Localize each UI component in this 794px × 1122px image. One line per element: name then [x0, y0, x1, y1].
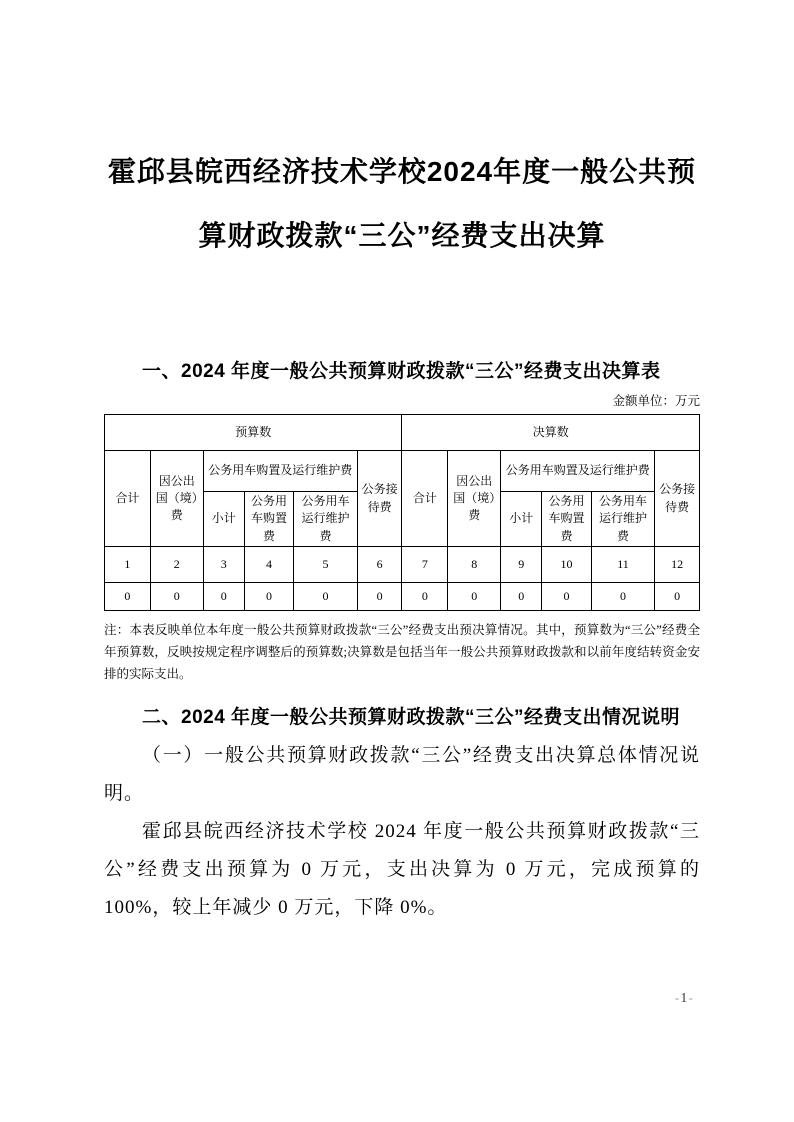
header-final-abroad: 因公出国（境）费 [448, 451, 501, 547]
value-cell: 0 [655, 583, 700, 611]
table-row-column-numbers: 1 2 3 4 5 6 7 8 9 10 11 12 [105, 547, 700, 583]
value-cell: 0 [402, 583, 448, 611]
header-final-purchase: 公务用车购置费 [542, 492, 591, 547]
col-number: 7 [402, 547, 448, 583]
three-public-expense-table: 预算数 决算数 合计 因公出国（境）费 公务用车购置及运行维护费 公务接待费 合… [104, 414, 700, 611]
value-cell: 0 [294, 583, 358, 611]
value-cell: 0 [501, 583, 542, 611]
col-number: 11 [591, 547, 655, 583]
col-number: 1 [105, 547, 151, 583]
header-final-group: 决算数 [402, 415, 700, 451]
col-number: 10 [542, 547, 591, 583]
col-number: 12 [655, 547, 700, 583]
header-budget-group: 预算数 [105, 415, 402, 451]
document-title: 霍邱县皖西经济技术学校2024年度一般公共预 算财政拨款“三公”经费支出决算 [104, 0, 700, 268]
amount-unit-label: 金额单位：万元 [104, 393, 700, 409]
header-budget-total: 合计 [105, 451, 151, 547]
value-cell: 0 [203, 583, 244, 611]
header-budget-purchase: 公务用车购置费 [244, 492, 293, 547]
document-title-line1: 霍邱县皖西经济技术学校2024年度一般公共预 [104, 140, 700, 204]
header-budget-maintenance: 公务用车运行维护费 [294, 492, 358, 547]
header-budget-vehicle-group: 公务用车购置及运行维护费 [203, 451, 357, 492]
col-number: 5 [294, 547, 358, 583]
value-cell: 0 [244, 583, 293, 611]
header-final-vehicle-group: 公务用车购置及运行维护费 [501, 451, 655, 492]
page-number: -1- [675, 990, 694, 1008]
col-number: 6 [357, 547, 402, 583]
col-number: 4 [244, 547, 293, 583]
header-final-total: 合计 [402, 451, 448, 547]
value-cell: 0 [150, 583, 203, 611]
header-budget-reception: 公务接待费 [357, 451, 402, 547]
section2-heading: 二、2024 年度一般公共预算财政拨款“三公”经费支出情况说明 [104, 699, 700, 737]
document-title-line2: 算财政拨款“三公”经费支出决算 [104, 204, 700, 268]
value-cell: 0 [357, 583, 402, 611]
header-budget-subtotal: 小计 [203, 492, 244, 547]
table-row-values: 0 0 0 0 0 0 0 0 0 0 0 0 [105, 583, 700, 611]
col-number: 3 [203, 547, 244, 583]
col-number: 2 [150, 547, 203, 583]
header-final-subtotal: 小计 [501, 492, 542, 547]
table-row-group-headers: 预算数 决算数 [105, 415, 700, 451]
value-cell: 0 [591, 583, 655, 611]
value-cell: 0 [448, 583, 501, 611]
header-final-reception: 公务接待费 [655, 451, 700, 547]
value-cell: 0 [105, 583, 151, 611]
document-page: 霍邱县皖西经济技术学校2024年度一般公共预 算财政拨款“三公”经费支出决算 一… [0, 0, 794, 1122]
col-number: 8 [448, 547, 501, 583]
col-number: 9 [501, 547, 542, 583]
table-row-column-headers: 合计 因公出国（境）费 公务用车购置及运行维护费 公务接待费 合计 因公出国（境… [105, 451, 700, 492]
section2-sub-heading: （一）一般公共预算财政拨款“三公”经费支出决算总体情况说明。 [104, 737, 700, 813]
table-note: 注：本表反映单位本年度一般公共预算财政拨款“三公”经费支出预决算情况。其中，预算… [104, 619, 700, 685]
page-content: 霍邱县皖西经济技术学校2024年度一般公共预 算财政拨款“三公”经费支出决算 一… [104, 0, 700, 927]
header-budget-abroad: 因公出国（境）费 [150, 451, 203, 547]
section2-paragraph: 霍邱县皖西经济技术学校 2024 年度一般公共预算财政拨款“三公”经费支出预算为… [104, 813, 700, 927]
value-cell: 0 [542, 583, 591, 611]
page-number-dash-right: - [688, 991, 694, 1006]
header-final-maintenance: 公务用车运行维护费 [591, 492, 655, 547]
section1-heading: 一、2024 年度一般公共预算财政拨款“三公”经费支出决算表 [104, 353, 700, 391]
